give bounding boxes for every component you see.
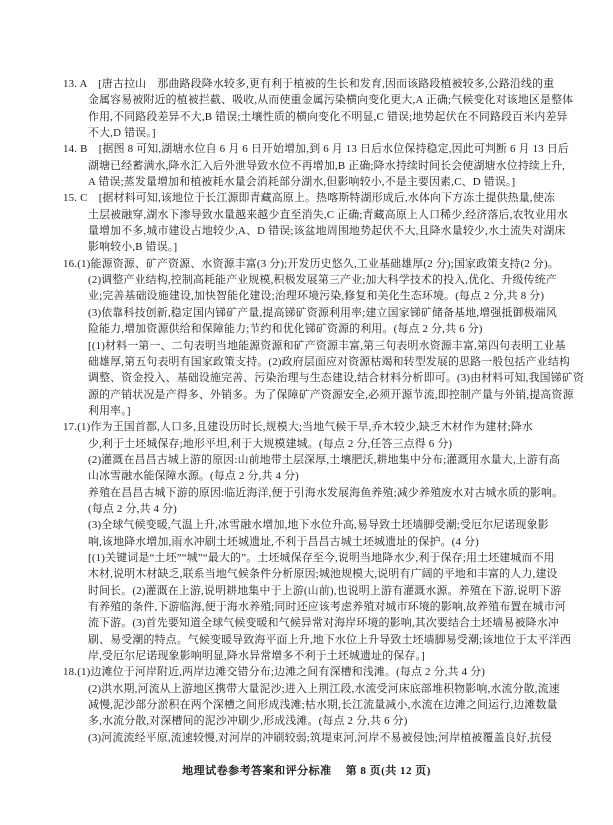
text-line: 量增加不多,城市建设占地较少,A、D 错误;该盆地周围地势起伏不大,且降水量较少… (63, 223, 593, 239)
text-line: 利用率。] (63, 403, 593, 419)
text-line: 源的产销状况是产得多、外销多。为了保障矿产资源安全,必须开源节流,即控制产量与外… (63, 387, 593, 403)
text-line: (2)调整产业结构,控制高耗能产业规模,积极发展第三产业;加大科学技术的投入,优… (63, 272, 593, 288)
text-line: 减慢,泥沙部分淤积在两个深槽之间形成浅滩;枯水期,长江流量减小,水流在边滩之间运… (63, 697, 593, 713)
text-line: (2)洪水期,河流从上游地区携带大量泥沙;进入上荆江段,水流受河床底部堆积物影响… (63, 681, 593, 697)
text-line: (2)灌溉在昌昌古城上游的原因:山前地带土层深厚,土壤肥沃,耕地集中分布;灌溉用… (63, 452, 593, 468)
text-line: 影响较小,B 错误。] (63, 239, 593, 255)
text-line: 调整、资金投入、基础设施完善、污染治理与生态建设,结合材料分析即可。(3)由材料… (63, 370, 593, 386)
text-line: 湖塘已经蓄满水,降水汇入后外泄导致水位不再增加,B 正确;降水持续时间长会使湖塘… (63, 158, 593, 174)
text-line: 木材,说明木材缺乏,联系当地气候条件分析原因;城池规模大,说明有广阔的平地和丰富… (63, 566, 593, 582)
text-line: 础雄厚,第五句表明有国家政策支持。(2)政府层面应对资源枯竭和转型发展的思路一般… (63, 354, 593, 370)
text-line: 刷、易受潮的特点。气候变暖导致海平面上升,地下水位上升导致土坯墙脚易受潮;该地位… (63, 632, 593, 648)
answer-key-page: 13. A [唐古拉山 那曲路段降水较多,更有利于植被的生长和发育,因而该路段植… (0, 0, 613, 825)
text-line: (每点 2 分,共 4 分) (63, 501, 593, 517)
text-line: 16.(1)能源资源、矿产资源、水资源丰富(3 分);开发历史悠久,工业基础雄厚… (63, 256, 593, 272)
answer-item-14: 14. B [据图 8 可知,湖塘水位自 6 月 6 日开始增加,到 6 月 1… (63, 141, 593, 190)
answer-item-18: 18.(1)边滩位于河岸附近,两岸边滩交错分布;边滩之间有深槽和浅滩。(每点 2… (63, 664, 593, 746)
text-line: 不大,D 错误。] (63, 125, 593, 141)
text-line: 响,该地降水增加,雨水冲刷土坯城遗址,不利于昌昌古城土坯城遗址的保护。(4 分) (63, 534, 593, 550)
text-line: 15. C [据材料可知,该地位于长江源即青藏高原上。热喀斯特湖形成后,水体向下… (63, 190, 593, 206)
text-line: 时间长。(2)灌溉在上游,说明耕地集中于上游(山前),也说明上游有灌溉水源。养殖… (63, 583, 593, 599)
footer-doc-title: 地理试卷参考答案和评分标准 (182, 765, 332, 777)
text-line: [(1)关键词是“土坯”“城”“最大的”。土坯城保存至今,说明当地降水少,利于保… (63, 550, 593, 566)
text-line: (3)依靠科技创新,稳定国内锑矿产量,提高锑矿资源利用率;建立国家锑矿储备基地,… (63, 305, 593, 321)
text-line: 13. A [唐古拉山 那曲路段降水较多,更有利于植被的生长和发育,因而该路段植… (63, 76, 593, 92)
text-line: A 错误;蒸发量增加和植被耗水量会消耗部分湖水,但影响较小,不是主要因素,C、D… (63, 174, 593, 190)
text-line: 金属容易被附近的植被拦截、吸收,从而使重金属污染横向变化更大,A 正确;气候变化… (63, 92, 593, 108)
answer-item-17: 17.(1)作为王国首都,人口多,且建设历时长,规模大;当地气候干旱,乔木较少,… (63, 419, 593, 664)
text-line: 作用,不同路段差异不大,B 错误;土壤性质的横向变化不明显,C 错误;地势起伏在… (63, 109, 593, 125)
text-line: 险能力,增加资源供给和保障能力;节约和优化锑矿资源的利用。(每点 2 分,共 6… (63, 321, 593, 337)
text-line: 养殖在昌昌古城下游的原因:临近海洋,便于引海水发展海鱼养殖;减少养殖废水对古城水… (63, 485, 593, 501)
footer-page-number: 第 8 页(共 12 页) (346, 765, 431, 777)
text-line: 14. B [据图 8 可知,湖塘水位自 6 月 6 日开始增加,到 6 月 1… (63, 141, 593, 157)
text-line: 多,水流分散,对深槽间的泥沙冲刷少,形成浅滩。(每点 2 分,共 6 分) (63, 713, 593, 729)
text-line: 18.(1)边滩位于河岸附近,两岸边滩交错分布;边滩之间有深槽和浅滩。(每点 2… (63, 664, 593, 680)
text-line: 土层被融穿,湖水下渗导致水量越来越少直至消失,C 正确;青藏高原上人口稀少,经济… (63, 207, 593, 223)
text-line: [(1)材料一第一、二句表明当地能源资源和矿产资源丰富,第三句表明水资源丰富,第… (63, 338, 593, 354)
text-line: 山冰雪融水能保障水源。(每点 2 分,共 4 分) (63, 468, 593, 484)
answers-text-block: 13. A [唐古拉山 那曲路段降水较多,更有利于植被的生长和发育,因而该路段植… (63, 76, 593, 746)
text-line: 流下游。(3)首先要知道全球气候变暖和气候异常对海岸环境的影响,其次要结合土坯墙… (63, 615, 593, 631)
text-line: 有养殖的条件,下游临海,便于海水养殖;同时还应该考虑养殖对城市环境的影响,故养殖… (63, 599, 593, 615)
text-line: 业;完善基础设施建设,加快智能化建设;治理环境污染,修复和美化生态环境。(每点 … (63, 288, 593, 304)
text-line: 少,利于土坯城保存;地形平坦,利于大规模建城。(每点 2 分,任答三点得 6 分… (63, 436, 593, 452)
text-line: (3)全球气候变暖,气温上升,冰雪融水增加,地下水位升高,易导致土坯墙脚受潮;受… (63, 517, 593, 533)
text-line: 17.(1)作为王国首都,人口多,且建设历时长,规模大;当地气候干旱,乔木较少,… (63, 419, 593, 435)
text-line: 岸,受厄尔尼诺现象影响明显,降水异常增多不利于土坯城遗址的保存。] (63, 648, 593, 664)
answer-item-16: 16.(1)能源资源、矿产资源、水资源丰富(3 分);开发历史悠久,工业基础雄厚… (63, 256, 593, 419)
page-footer: 地理试卷参考答案和评分标准第 8 页(共 12 页) (0, 762, 613, 778)
answer-item-13: 13. A [唐古拉山 那曲路段降水较多,更有利于植被的生长和发育,因而该路段植… (63, 76, 593, 141)
text-line: (3)河流流经平原,流速较慢,对河岸的冲刷较弱;筑堤束河,河岸不易被侵蚀;河岸植… (63, 730, 593, 746)
answer-item-15: 15. C [据材料可知,该地位于长江源即青藏高原上。热喀斯特湖形成后,水体向下… (63, 190, 593, 255)
